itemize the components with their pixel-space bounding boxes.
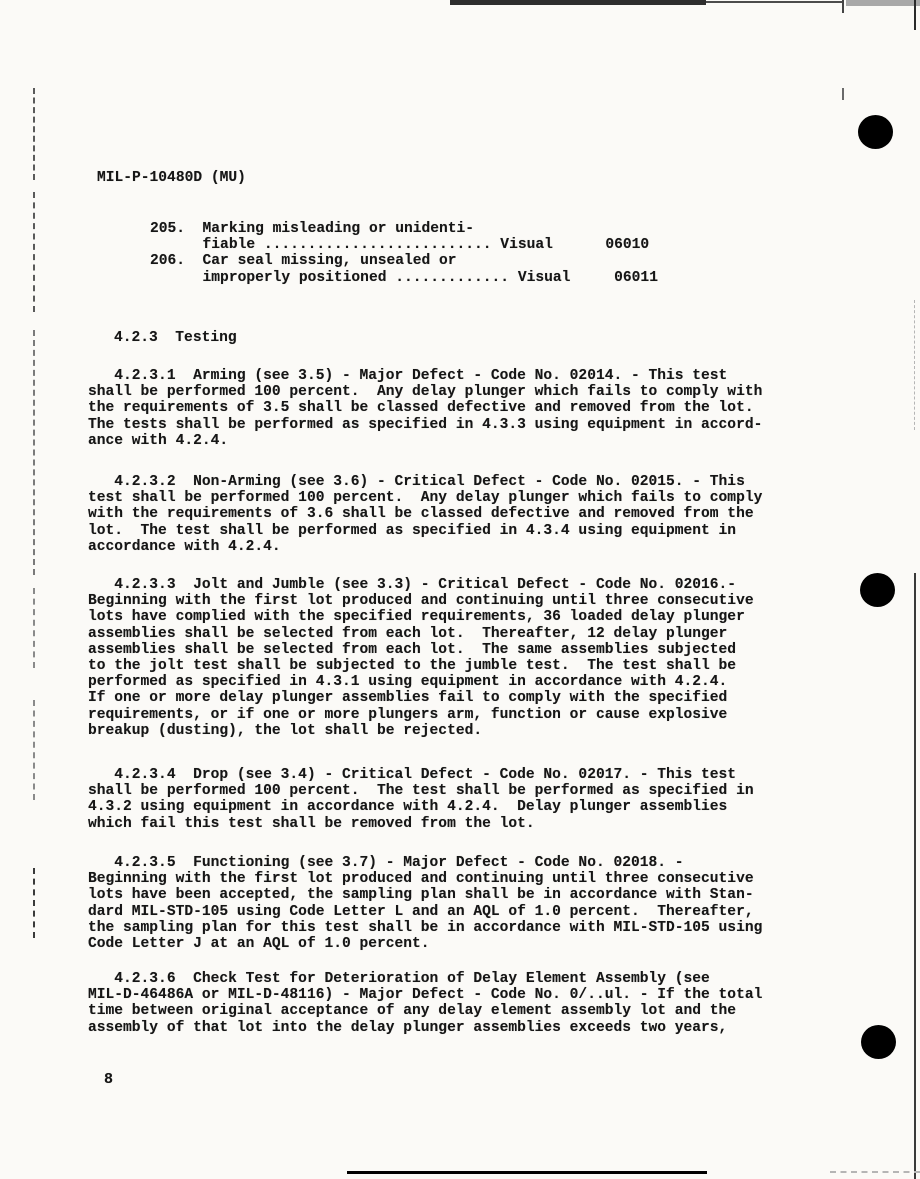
punch-hole-middle — [860, 573, 895, 607]
left-margin-dashed-line — [33, 700, 35, 800]
defect-classification-list: 205. Marking misleading or unidenti- fia… — [150, 221, 658, 286]
paragraph-check-test-deterioration: 4.2.3.6 Check Test for Deterioration of … — [88, 971, 762, 1036]
left-margin-tick — [842, 88, 844, 100]
paragraph-drop: 4.2.3.4 Drop (see 3.4) - Critical Defect… — [88, 767, 754, 832]
scanned-spec-page: MIL-P-10480D (MU) 205. Marking misleadin… — [0, 0, 920, 1179]
paragraph-functioning: 4.2.3.5 Functioning (see 3.7) - Major De… — [88, 855, 762, 952]
punch-hole-top — [858, 115, 893, 149]
testing-section-heading: 4.2.3 Testing — [114, 330, 237, 346]
bottom-right-faint-line — [830, 1171, 920, 1173]
top-registration-bar — [450, 0, 706, 5]
paragraph-arming: 4.2.3.1 Arming (see 3.5) - Major Defect … — [88, 368, 762, 449]
bottom-registration-line — [347, 1171, 707, 1174]
right-edge-line-faint — [914, 300, 915, 430]
left-margin-dashed-line — [33, 330, 35, 575]
spec-number-header: MIL-P-10480D (MU) — [97, 170, 246, 186]
paragraph-jolt-and-jumble: 4.2.3.3 Jolt and Jumble (see 3.3) - Crit… — [88, 577, 754, 739]
left-margin-dashed-line — [33, 88, 35, 180]
left-margin-dashed-line — [33, 588, 35, 668]
top-edge-tick — [842, 0, 844, 13]
left-margin-dashed-line — [33, 192, 35, 312]
paragraph-non-arming: 4.2.3.2 Non-Arming (see 3.6) - Critical … — [88, 474, 762, 555]
top-registration-line — [706, 1, 842, 3]
right-edge-line-top — [914, 0, 916, 30]
left-margin-dashed-line — [33, 868, 35, 938]
right-edge-line — [914, 573, 916, 1179]
punch-hole-bottom — [861, 1025, 896, 1059]
top-right-smudge — [846, 0, 920, 6]
page-number: 8 — [104, 1072, 113, 1088]
